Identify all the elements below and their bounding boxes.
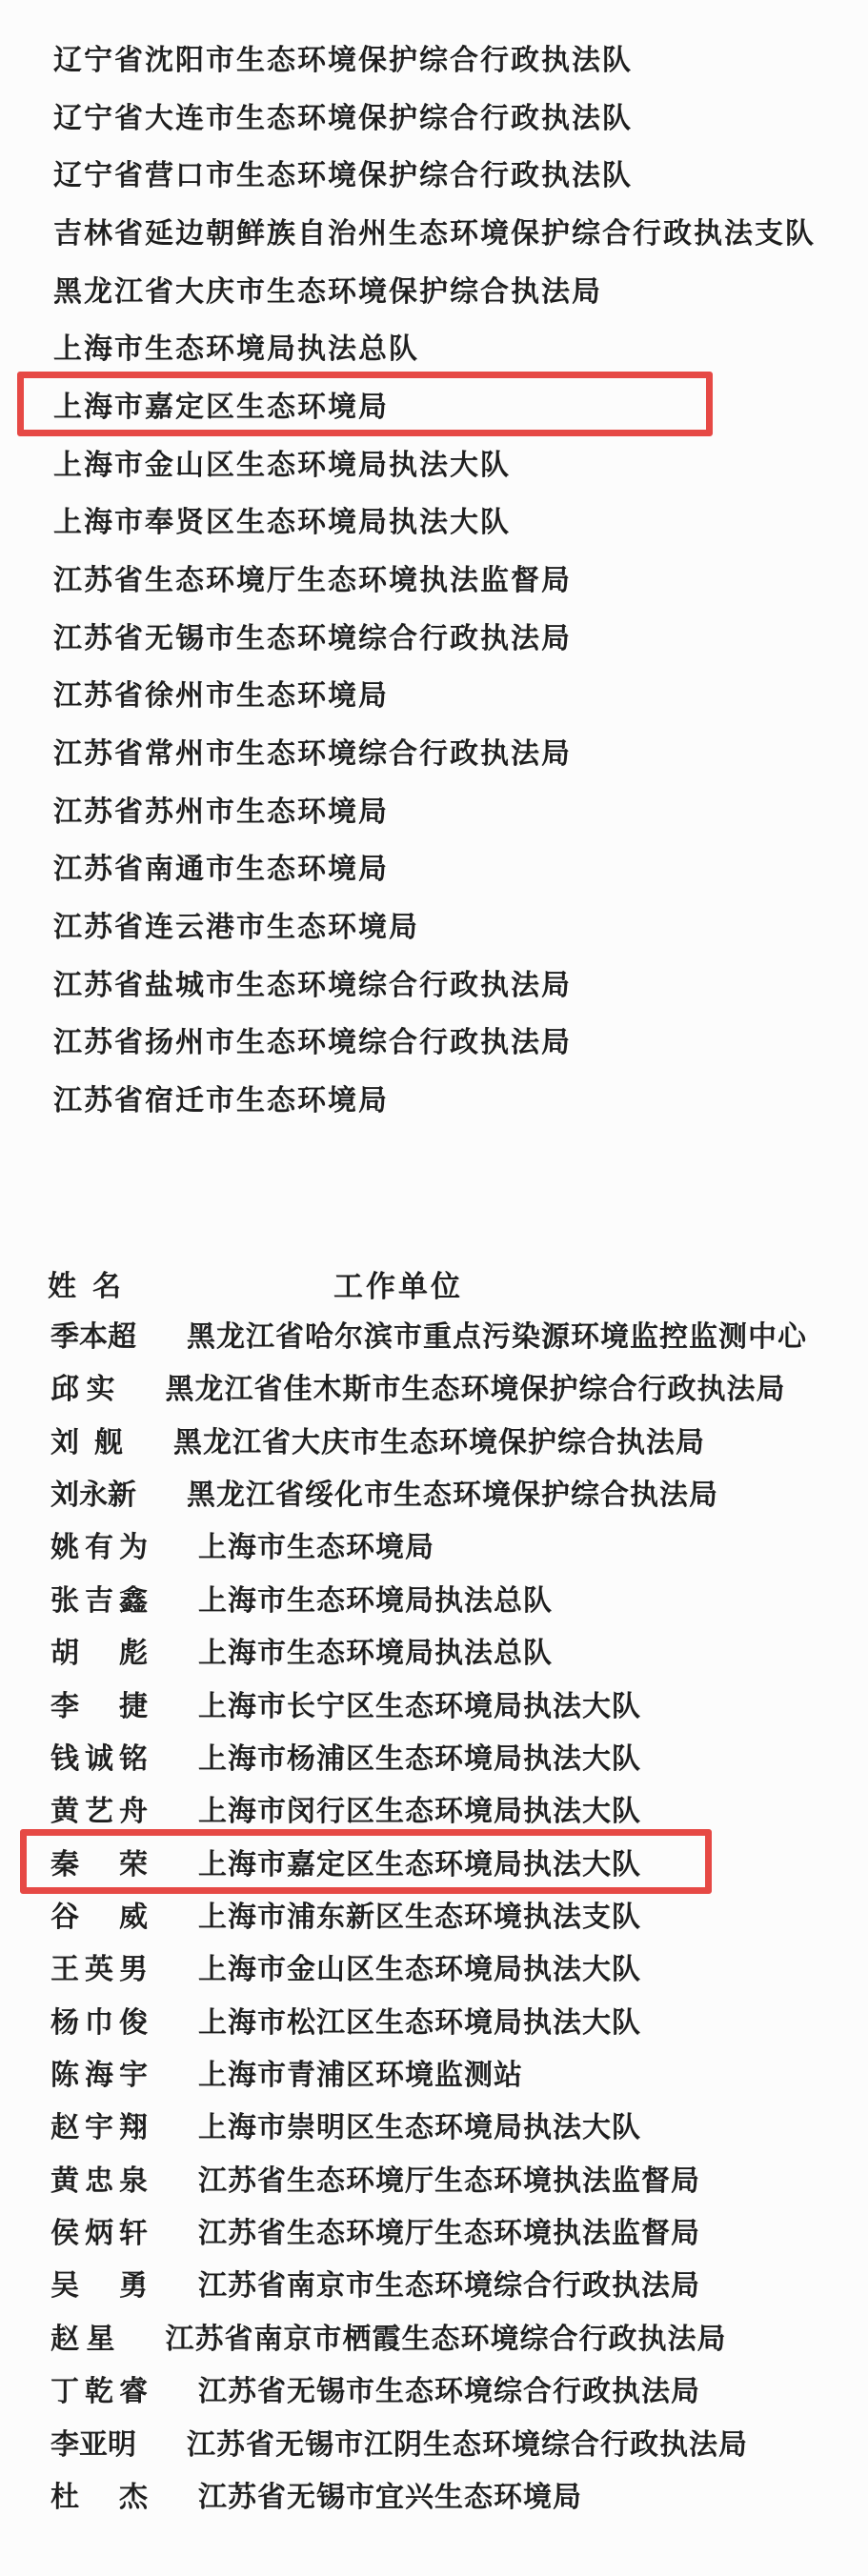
person-name: 胡 彪 [50,1629,148,1671]
agency-list-item: 辽宁省营口市生态环境保护综合行政执法队 [17,140,713,205]
person-name: 张吉鑫 [50,1577,148,1619]
person-name: 赵 星 [50,2315,115,2357]
agency-name-text: 江苏省苏州市生态环境局 [24,788,389,830]
person-name: 谷 威 [50,1893,148,1935]
agency-list-item: 辽宁省大连市生态环境保护综合行政执法队 [17,83,713,148]
agency-list-item: 江苏省生态环境厅生态环境执法监督局 [17,545,713,610]
person-name: 黄忠泉 [50,2157,148,2199]
agency-name-text: 上海市金山区生态环境局执法大队 [24,441,511,483]
person-name: 李 捷 [50,1682,148,1724]
agency-name-text: 上海市嘉定区生态环境局 [24,383,389,425]
agency-name-text: 江苏省盐城市生态环境综合行政执法局 [24,961,572,1003]
agency-name-text: 辽宁省沈阳市生态环境保护综合行政执法队 [24,36,633,78]
work-unit: 江苏省无锡市生态环境综合行政执法局 [198,2367,700,2409]
agency-list-item: 江苏省常州市生态环境综合行政执法局 [17,718,713,783]
agency-name-text: 吉林省延边朝鲜族自治州生态环境保护综合行政执法支队 [24,210,816,252]
agency-list-item: 吉林省延边朝鲜族自治州生态环境保护综合行政执法支队 [17,198,713,263]
person-name: 姚有为 [50,1523,148,1565]
person-name: 杜 杰 [50,2473,148,2515]
agency-name-text: 黑龙江省大庆市生态环境保护综合执法局 [24,268,602,310]
work-unit: 上海市长宁区生态环境局执法大队 [198,1682,641,1724]
work-unit: 上海市闵行区生态环境局执法大队 [198,1787,641,1829]
table-row: 杜 杰 江苏省无锡市宜兴生态环境局 [20,2462,712,2526]
work-unit: 江苏省生态环境厅生态环境执法监督局 [198,2157,700,2199]
work-unit: 江苏省无锡市江阴生态环境综合行政执法局 [187,2421,748,2463]
person-name: 钱诚铭 [50,1735,148,1777]
agency-list-item: 江苏省盐城市生态环境综合行政执法局 [17,950,713,1015]
person-name: 刘 舰 [50,1419,123,1460]
person-name: 刘永新 [50,1471,136,1513]
work-unit: 上海市崇明区生态环境局执法大队 [198,2103,641,2145]
agency-name-text: 江苏省宿迁市生态环境局 [24,1077,389,1118]
person-name: 李亚明 [50,2421,136,2463]
agency-name-text: 江苏省徐州市生态环境局 [24,672,389,714]
agency-name-text: 江苏省南通市生态环境局 [24,845,389,887]
work-unit: 上海市浦东新区生态环境执法支队 [198,1893,641,1935]
agency-name-text: 辽宁省大连市生态环境保护综合行政执法队 [24,94,633,136]
work-unit: 江苏省南京市栖霞生态环境综合行政执法局 [166,2315,727,2357]
work-unit: 上海市金山区生态环境局执法大队 [198,1945,641,1987]
work-unit: 黑龙江省绥化市生态环境保护综合执法局 [187,1471,718,1513]
agency-list-item: 黑龙江省大庆市生态环境保护综合执法局 [17,256,713,321]
work-unit: 上海市生态环境局执法总队 [198,1629,553,1671]
work-unit: 江苏省南京市生态环境综合行政执法局 [198,2262,700,2304]
agency-list-item: 江苏省无锡市生态环境综合行政执法局 [17,603,713,668]
agency-list-item: 江苏省宿迁市生态环境局 [17,1065,713,1130]
work-unit: 上海市杨浦区生态环境局执法大队 [198,1735,641,1777]
work-unit: 黑龙江省哈尔滨市重点污染源环境监控监测中心 [187,1313,807,1355]
work-unit: 江苏省无锡市宜兴生态环境局 [198,2473,582,2515]
person-name: 邱 实 [50,1365,115,1407]
work-unit: 黑龙江省大庆市生态环境保护综合执法局 [173,1419,705,1460]
agency-name-text: 江苏省生态环境厅生态环境执法监督局 [24,556,572,598]
person-name: 秦 荣 [50,1841,148,1882]
person-name: 季本超 [50,1313,136,1355]
person-name: 丁乾睿 [50,2367,148,2409]
person-name: 陈海宇 [50,2051,148,2093]
agency-name-text: 江苏省扬州市生态环境综合行政执法局 [24,1018,572,1060]
agency-list-item: 上海市生态环境局执法总队 [17,313,713,378]
agency-name-text: 江苏省连云港市生态环境局 [24,903,419,945]
work-unit: 上海市生态环境局 [198,1523,434,1565]
person-name: 王英男 [50,1945,148,1987]
person-name: 杨巾俊 [50,1999,148,2041]
agency-name-text: 上海市生态环境局执法总队 [24,325,419,367]
agency-name-text: 江苏省常州市生态环境综合行政执法局 [24,730,572,772]
person-name: 侯炳轩 [50,2209,148,2251]
work-unit: 上海市青浦区环境监测站 [198,2051,523,2093]
agency-list-item: 辽宁省沈阳市生态环境保护综合行政执法队 [17,25,713,90]
work-unit: 上海市松江区生态环境局执法大队 [198,1999,641,2041]
name-column-header: 姓 名 [48,1262,121,1304]
agency-list-item: 江苏省连云港市生态环境局 [17,892,713,956]
unit-column-header: 工作单位 [333,1262,463,1305]
agency-list-item: 江苏省扬州市生态环境综合行政执法局 [17,1007,713,1072]
agency-name-text: 上海市奉贤区生态环境局执法大队 [24,498,511,540]
scanned-document-page: 辽宁省沈阳市生态环境保护综合行政执法队 辽宁省大连市生态环境保护综合行政执法队 … [0,0,868,2576]
agency-list-item: 上海市金山区生态环境局执法大队 [17,430,713,494]
agency-list-item: 江苏省南通市生态环境局 [17,834,713,898]
person-name: 吴 勇 [50,2262,148,2304]
agency-name-text: 江苏省无锡市生态环境综合行政执法局 [24,614,572,656]
agency-list-item: 江苏省苏州市生态环境局 [17,776,713,841]
work-unit: 上海市嘉定区生态环境局执法大队 [198,1841,641,1882]
work-unit: 黑龙江省佳木斯市生态环境保护综合行政执法局 [166,1365,786,1407]
agency-list-item: 上海市奉贤区生态环境局执法大队 [17,487,713,552]
person-name: 赵宇翔 [50,2103,148,2145]
agency-list-item: 上海市嘉定区生态环境局 [17,372,713,436]
person-name: 黄艺舟 [50,1787,148,1829]
work-unit: 上海市生态环境局执法总队 [198,1577,553,1619]
agency-name-text: 辽宁省营口市生态环境保护综合行政执法队 [24,151,633,193]
agency-list-item: 江苏省徐州市生态环境局 [17,660,713,725]
work-unit: 江苏省生态环境厅生态环境执法监督局 [198,2209,700,2251]
